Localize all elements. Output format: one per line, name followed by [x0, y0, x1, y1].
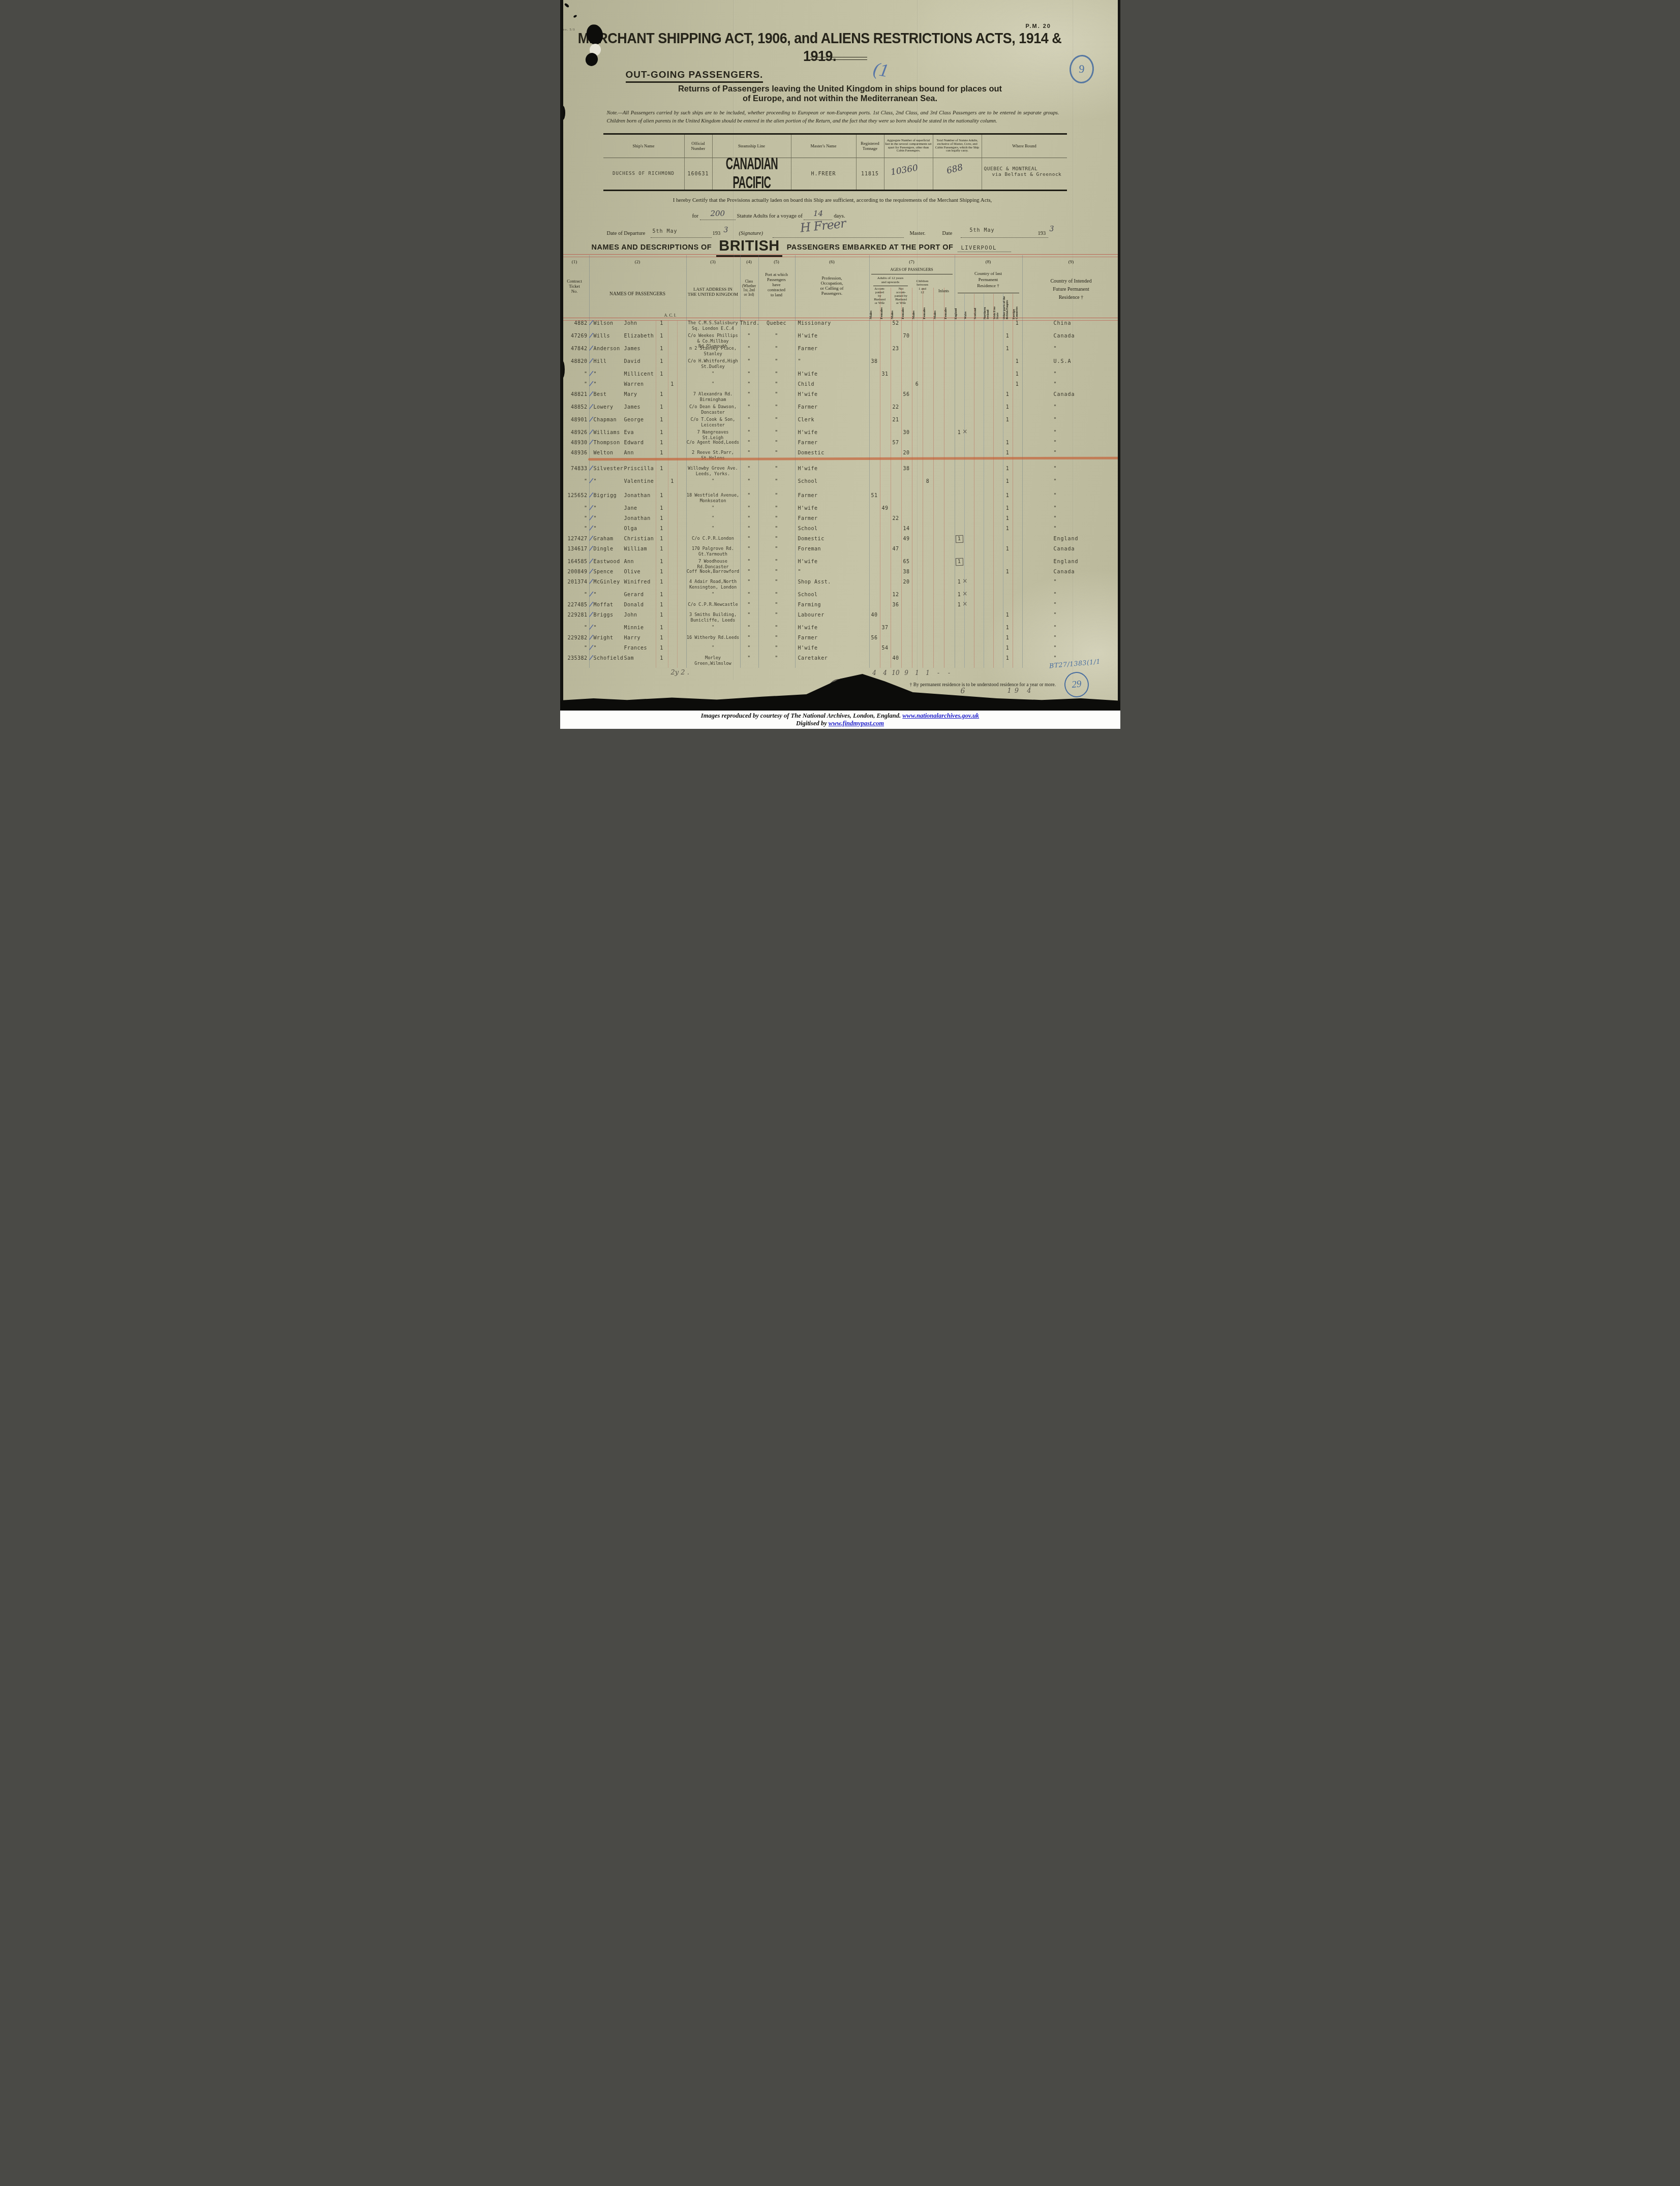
checkmark: /: [589, 546, 594, 552]
checkmark: /: [589, 526, 594, 532]
cell-address: C/o C.P.R.Newcastle: [686, 602, 740, 608]
table-row: 201374/McGinleyWinifred14 Adair Road,Nor…: [560, 579, 1120, 592]
cell-profession: Caretaker: [795, 656, 869, 661]
cell-profession: Child: [795, 382, 869, 387]
cell-surname: Silvester: [594, 466, 624, 472]
tally-7: -: [944, 669, 955, 676]
cell-destination: Canada: [1022, 546, 1120, 552]
cell-surname: ": [594, 516, 624, 521]
cell-destination: Canada: [1022, 333, 1120, 339]
header-res-wales: Wales: [964, 296, 974, 319]
cell-class: ": [740, 635, 758, 641]
cell-residence-5: 1: [1003, 346, 1013, 352]
cell-address: 2 Reeve St.Parr,St.Helens: [686, 450, 740, 461]
cell-residence-5: 1: [1003, 506, 1013, 511]
cell-ticket: 235382: [560, 656, 589, 661]
cell-age-5: 8: [923, 479, 933, 484]
cell-residence-5: 1: [1003, 392, 1013, 397]
cell-port: ": [758, 359, 795, 364]
cell-ticket: 164585: [560, 559, 589, 565]
cell-destination: Canada: [1022, 392, 1120, 397]
cell-age-2: 22: [891, 516, 901, 521]
cell-port: ": [758, 612, 795, 618]
cell-port: ": [758, 656, 795, 661]
cell-adult-count: 1: [656, 635, 668, 641]
departure-label: Date of Departure: [607, 231, 646, 236]
cell-adult-count: 1: [656, 656, 668, 661]
cell-profession: Domestic: [795, 450, 869, 456]
checkmark: /: [589, 559, 594, 565]
cell-destination: ": [1022, 417, 1120, 423]
cell-residence-0: 1: [955, 559, 964, 565]
cell-surname: Eastwood: [594, 559, 624, 565]
cell-residence-5: 1: [1003, 440, 1013, 446]
cell-address: ": [686, 382, 740, 387]
header-res-british-empire: Other parts of the British Empire: [1003, 296, 1013, 319]
cell-ticket: 47269: [560, 333, 589, 339]
ship-name: DUCHESS OF RICHMOND: [613, 171, 675, 176]
cell-ticket: ": [560, 516, 589, 521]
table-row: 200849/SpenceOlive1Coff Nook,Barrowford"…: [560, 569, 1120, 579]
cell-address: C/o C.P.R.London: [686, 536, 740, 542]
cell-destination: ": [1022, 625, 1120, 631]
cell-profession: ": [795, 569, 869, 575]
table-row: "/"Warren1"""Child61": [560, 382, 1120, 392]
cell-adult-count: 1: [656, 579, 668, 585]
header-infants: Infants: [933, 289, 955, 294]
cell-profession: H'wife: [795, 645, 869, 651]
ages-title-rule: [871, 274, 953, 275]
cell-adult-count: 1: [656, 493, 668, 499]
cell-destination: ": [1022, 592, 1120, 598]
cell-address: n 2 Stanley Place,Stanley: [686, 346, 740, 357]
col-7-number: (7): [869, 259, 955, 264]
header-res-foreign: Foreign Countries: [1013, 296, 1022, 319]
cell-surname: Schofield: [594, 656, 624, 661]
cell-surname: Chapman: [594, 417, 624, 423]
cell-profession: Farmer: [795, 635, 869, 641]
cell-profession: Farmer: [795, 346, 869, 352]
header-females-3: Females: [923, 303, 933, 319]
tally-3: 9: [901, 669, 912, 676]
cell-age-3: 38: [901, 569, 912, 575]
cell-address: 4 Adair Road,NorthKensington, London: [686, 579, 740, 590]
cell-destination: ": [1022, 479, 1120, 484]
cell-forename: Ann: [624, 450, 656, 456]
cell-destination: ": [1022, 526, 1120, 532]
checkmark: /: [589, 505, 594, 511]
checkmark: /: [589, 440, 594, 446]
table-row: 48821/BestMary17 Alexandra Rd.Birmingham…: [560, 392, 1120, 405]
margin-print: 3oo. 5/3: [561, 28, 575, 32]
cell-port: ": [758, 450, 795, 456]
cell-age-2: 52: [891, 321, 901, 326]
table-row: 47842/AndersonJames1n 2 Stanley Place,St…: [560, 346, 1120, 359]
cell-residence-5: 1: [1003, 569, 1013, 575]
cell-age-3: 49: [901, 536, 912, 542]
cell-ticket: 134617: [560, 546, 589, 552]
table-row: "/"Jonathan1"""Farmer221": [560, 516, 1120, 526]
cell-residence-0: 1: [955, 592, 964, 598]
header-port-contracted: Port at which Passengers have contracted…: [758, 272, 795, 298]
embark-port: LIVERPOOL: [958, 245, 1011, 252]
cell-forename: Ann: [624, 559, 656, 565]
cell-forename: Winifred: [624, 579, 656, 585]
year-hand-2: 3: [1050, 225, 1054, 233]
cell-port: ": [758, 645, 795, 651]
cell-age-3: 30: [901, 430, 912, 436]
steamship-line-stamp: CANADIAN PACIFIC: [714, 155, 788, 193]
col-aggregate-feet: Aggregate Number of superficial feet in …: [884, 135, 933, 158]
cell-port: ": [758, 493, 795, 499]
cell-ticket: ": [560, 526, 589, 532]
cell-forename: Jonathan: [624, 493, 656, 499]
header-contract-ticket: Contract Ticket No.: [560, 279, 589, 294]
table-row: 125652/BigriggJonathan118 Westfield Aven…: [560, 493, 1120, 506]
cell-profession: ": [795, 359, 869, 364]
cell-surname: Welton: [594, 450, 624, 456]
checkmark: /: [589, 602, 594, 608]
header-children-1-12: Children between 1 and 12: [912, 280, 933, 295]
cell-adult-count: 1: [656, 546, 668, 552]
cell-surname: Williams: [594, 430, 624, 436]
cell-forename: Valentine: [624, 479, 656, 484]
aggregate-feet-cell: 10360: [884, 158, 933, 190]
checkmark: /: [589, 515, 594, 521]
cell-port: ": [758, 372, 795, 377]
col-masters-name: Master's Name: [791, 135, 857, 158]
cell-port: ": [758, 579, 795, 585]
header-males-3: Males: [912, 303, 923, 319]
cell-address: C/o Agent Hood,Leeds: [686, 440, 740, 446]
cell-class: ": [740, 493, 758, 499]
col-ships-name: Ship's Name: [603, 135, 685, 158]
cell-forename: Edward: [624, 440, 656, 446]
tonnage-cell: 11815: [857, 158, 884, 190]
cell-surname: Wills: [594, 333, 624, 339]
cell-age-2: 40: [891, 656, 901, 661]
cell-surname: Briggs: [594, 612, 624, 618]
table-row: 134617/DingleWilliam1170 Palgrove Rd.Gt.…: [560, 546, 1120, 559]
header-last-address: LAST ADDRESS IN THE UNITED KINGDOM: [686, 287, 740, 297]
cell-address: 3 Smiths Building,Bunicliffe, Leeds: [686, 612, 740, 623]
cell-adult-count: 1: [656, 612, 668, 618]
cell-ticket: 200849: [560, 569, 589, 575]
table-row: 48930/ThompsonEdward1C/o Agent Hood,Leed…: [560, 440, 1120, 450]
cell-profession: Domestic: [795, 536, 869, 542]
cell-surname: ": [594, 506, 624, 511]
national-archives-link[interactable]: www.nationalarchives.gov.uk: [902, 712, 979, 719]
cell-address: 16 Witherby Rd.Leeds: [686, 635, 740, 641]
cell-forename: David: [624, 359, 656, 364]
passenger-table-header: (1) (2) (3) (4) (5) (6) (7) (8) (9) Cont…: [560, 255, 1120, 320]
pencil-six: 6: [961, 687, 965, 695]
date-label: Date: [942, 231, 953, 236]
cell-age-2: 57: [891, 440, 901, 446]
col-registered-tonnage: Registered Tonnage: [857, 135, 884, 158]
cell-forename: James: [624, 405, 656, 410]
cell-port: Quebec: [758, 321, 795, 326]
cell-age-4: 6: [912, 382, 923, 387]
cell-forename: Frances: [624, 645, 656, 651]
cell-adult-count: 1: [656, 602, 668, 608]
cell-ticket: 229282: [560, 635, 589, 641]
cell-profession: H'wife: [795, 625, 869, 631]
cell-residence-6: 1: [1013, 382, 1022, 387]
adults-handwritten: 200: [710, 209, 725, 218]
scan-edge-right: [1118, 0, 1120, 711]
checkmark: /: [589, 333, 594, 339]
cell-adult-count: 1: [656, 506, 668, 511]
cell-forename: John: [624, 612, 656, 618]
voyage-label: Statute Adults for a voyage of: [737, 213, 803, 219]
cell-age-0: 51: [869, 493, 880, 499]
cell-address: 7 Alexandra Rd.Birmingham: [686, 392, 740, 403]
cell-adult-count: 1: [656, 516, 668, 521]
year-print-1: 193: [713, 231, 721, 236]
cell-profession: Farmer: [795, 493, 869, 499]
cell-profession: Farmer: [795, 405, 869, 410]
credit-text-2: Digitised by: [796, 720, 829, 727]
cell-forename: Olga: [624, 526, 656, 532]
checkmark: /: [589, 358, 594, 364]
cell-adult-count: 1: [656, 526, 668, 532]
cell-age-2: 23: [891, 346, 901, 352]
cell-port: ": [758, 417, 795, 423]
cell-residence-0: 1: [955, 602, 964, 608]
header-profession: Profession, Occupation, or Calling of Pa…: [795, 275, 869, 296]
embark-heading: NAMES AND DESCRIPTIONS OF BRITISH PASSEN…: [592, 237, 1090, 256]
cell-port: ": [758, 440, 795, 446]
table-row: 48820/HillDavid1C/o H.Whitford,HighSt.Du…: [560, 359, 1120, 372]
cell-residence-5: 1: [1003, 493, 1013, 499]
subtitle: Returns of Passengers leaving the United…: [621, 84, 1059, 104]
days-handwritten: 14: [813, 209, 823, 218]
table-row: "/"Gerard1"""School121": [560, 592, 1120, 602]
cell-adult-count: 1: [656, 372, 668, 377]
cell-profession: Shop Asst.: [795, 579, 869, 585]
checkmark: /: [589, 612, 594, 618]
cell-forename: Priscilla: [624, 466, 656, 472]
cell-forename: Millicent: [624, 372, 656, 377]
cell-port: ": [758, 546, 795, 552]
cell-profession: Farming: [795, 602, 869, 608]
cell-age-3: 38: [901, 466, 912, 472]
col-where-bound: Where Bound: [982, 135, 1067, 158]
header-res-irish-free-state: Irish Free State: [993, 296, 1003, 319]
cell-port: ": [758, 466, 795, 472]
cell-profession: Clerk: [795, 417, 869, 423]
cell-class: ": [740, 526, 758, 532]
cell-forename: Jonathan: [624, 516, 656, 521]
cell-class: ": [740, 346, 758, 352]
cell-ticket: 48930: [560, 440, 589, 446]
corner-speck: [573, 15, 577, 18]
cell-address: Coff Nook,Barrowford: [686, 569, 740, 575]
cell-ticket: ": [560, 592, 589, 598]
table-row: 48901/ChapmanGeorge1C/o T.Cook & Son,Lei…: [560, 417, 1120, 430]
cell-class: ": [740, 516, 758, 521]
cell-surname: ": [594, 479, 624, 484]
cell-forename: Elizabeth: [624, 333, 656, 339]
cell-age-1: 49: [880, 506, 891, 511]
cell-residence-6: 1: [1013, 359, 1022, 364]
cell-address: 170 Palgrove Rd.Gt.Yarmouth: [686, 546, 740, 557]
col-9-number: (9): [1022, 259, 1120, 264]
cell-destination: ": [1022, 430, 1120, 436]
cell-residence-6: 1: [1013, 321, 1022, 326]
cell-ticket: 4882: [560, 321, 589, 326]
checkmark: /: [589, 569, 594, 575]
cell-forename: Gerard: [624, 592, 656, 598]
country-last-rule: [958, 293, 1019, 294]
checkmark: /: [589, 417, 594, 423]
cell-port: ": [758, 559, 795, 565]
cell-class: ": [740, 359, 758, 364]
cell-age-2: 36: [891, 602, 901, 608]
cell-surname: Moffat: [594, 602, 624, 608]
checkmark: /: [589, 625, 594, 631]
col-5-number: (5): [758, 259, 795, 264]
cell-ticket: ": [560, 382, 589, 387]
header-females-2: Females: [901, 303, 912, 319]
scan-edge-left: [560, 0, 563, 711]
cell-surname: Dingle: [594, 546, 624, 552]
table-row: "/"Frances1"""H'wife541": [560, 645, 1120, 656]
cell-age-2: 21: [891, 417, 901, 423]
circled-total-blue: 29: [1063, 671, 1090, 699]
cell-age-1: 31: [880, 372, 891, 377]
cell-residence-5: 1: [1003, 645, 1013, 651]
col-6-number: (6): [795, 259, 869, 264]
cell-port: ": [758, 592, 795, 598]
cell-class: ": [740, 372, 758, 377]
header-res-scotland: Scotland: [974, 296, 984, 319]
tally-1: 4: [880, 669, 891, 676]
header-females-4: Females: [944, 303, 955, 319]
cell-adult-count: 1: [656, 645, 668, 651]
cell-surname: Anderson: [594, 346, 624, 352]
cell-residence-5: 1: [1003, 479, 1013, 484]
cell-class: ": [740, 546, 758, 552]
cell-surname: Graham: [594, 536, 624, 542]
checkmark: /: [589, 478, 594, 484]
where-bound-line2: via Belfast & Greenock: [992, 172, 1067, 177]
cell-forename: James: [624, 346, 656, 352]
cell-port: ": [758, 516, 795, 521]
cell-destination: ": [1022, 579, 1120, 585]
cell-class: ": [740, 625, 758, 631]
cell-address: The C.M.S.SalisburySq. London E.C.4: [686, 321, 740, 331]
table-row: 235382/SchofieldSam1Morley Green,Wilmslo…: [560, 656, 1120, 666]
cell-age-1: 37: [880, 625, 891, 631]
cell-residence-0: 1: [955, 536, 964, 542]
checkmark: /: [589, 635, 594, 641]
cell-residence-0: 1: [955, 430, 964, 436]
cell-port: ": [758, 392, 795, 397]
document-scan: P.M. 20 MERCHANT SHIPPING ACT, 1906, and…: [560, 0, 1120, 729]
col-4-number: (4): [740, 259, 758, 264]
cell-port: ": [758, 602, 795, 608]
header-country-last: Country of last Permanent Residence †: [955, 270, 1022, 289]
checkmark: /: [589, 429, 594, 436]
cell-age-3: 20: [901, 450, 912, 456]
header-res-england: England: [955, 296, 964, 319]
cell-ticket: 125652: [560, 493, 589, 499]
cell-destination: England: [1022, 559, 1120, 565]
cell-port: ": [758, 382, 795, 387]
statute-adults-cell: 688: [933, 158, 982, 190]
cell-profession: School: [795, 592, 869, 598]
cell-profession: Farmer: [795, 440, 869, 446]
cell-surname: ": [594, 592, 624, 598]
cell-destination: ": [1022, 516, 1120, 521]
ship-info-table: Ship's Name Official Number Steamship Li…: [603, 133, 1067, 191]
cell-age-0: 56: [869, 635, 880, 641]
cell-class: ": [740, 645, 758, 651]
cell-age-2: 12: [891, 592, 901, 598]
cell-ticket: 48936: [560, 450, 589, 456]
tally-5: 1: [923, 669, 933, 676]
cell-child-count: 1: [668, 382, 677, 387]
age-tally: 4410911--: [869, 669, 955, 676]
cell-age-3: 70: [901, 333, 912, 339]
cell-surname: McGinley: [594, 579, 624, 585]
cell-destination: ": [1022, 635, 1120, 641]
cell-residence-5: 1: [1003, 450, 1013, 456]
col-1-number: (1): [560, 259, 589, 264]
table-row: 229282/WrightHarry116 Witherby Rd.Leeds"…: [560, 635, 1120, 645]
cell-age-3: 14: [901, 526, 912, 532]
header-adults-12: Adults of 12 years and upwards: [869, 276, 912, 285]
findmypast-link[interactable]: www.findmypast.com: [829, 720, 884, 727]
cell-class: ": [740, 536, 758, 542]
cell-forename: Mary: [624, 392, 656, 397]
tally-2: 10: [891, 669, 901, 676]
table-row: "/"Valentine1"""School81": [560, 479, 1120, 489]
cell-ticket: 229281: [560, 612, 589, 618]
cell-destination: Canada: [1022, 569, 1120, 575]
cell-address: Morley Green,Wilmslow: [686, 656, 740, 666]
cell-surname: Thompson: [594, 440, 624, 446]
embark-suffix: PASSENGERS EMBARKED AT THE PORT OF: [787, 243, 954, 252]
cell-class: ": [740, 612, 758, 618]
cell-port: ": [758, 333, 795, 339]
cell-adult-count: 1: [656, 333, 668, 339]
cell-profession: H'wife: [795, 392, 869, 397]
corner-speck: [564, 3, 569, 8]
table-row: "/"Olga1"""School141": [560, 526, 1120, 536]
cell-destination: ": [1022, 346, 1120, 352]
header-males-1: Males: [869, 303, 880, 319]
cell-ticket: 48926: [560, 430, 589, 436]
cell-surname: Best: [594, 392, 624, 397]
header-aci: A. C. I.: [655, 313, 686, 318]
cell-forename: John: [624, 321, 656, 326]
cell-port: ": [758, 405, 795, 410]
cell-destination: ": [1022, 405, 1120, 410]
cell-destination: ": [1022, 493, 1120, 499]
cell-address: ": [686, 516, 740, 521]
cell-forename: Olive: [624, 569, 656, 575]
cell-port: ": [758, 346, 795, 352]
cell-surname: Bigrigg: [594, 493, 624, 499]
year-print-2: 193: [1038, 231, 1046, 236]
checkmark: /: [589, 492, 594, 499]
cell-class: ": [740, 559, 758, 565]
cell-destination: ": [1022, 440, 1120, 446]
table-row: 127427/GrahamChristian1C/o C.P.R.London"…: [560, 536, 1120, 546]
